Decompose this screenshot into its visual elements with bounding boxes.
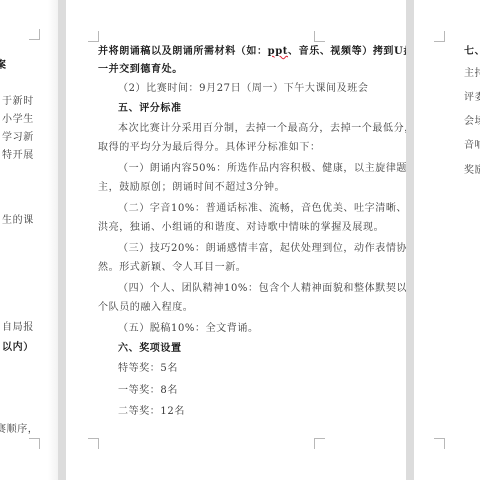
award-line: 二等奖：12名 — [118, 406, 185, 418]
left-page-line: 生的课 — [2, 215, 34, 227]
left-page-line: 学习新 — [2, 132, 34, 144]
left-page-line: 于新时 — [2, 96, 34, 108]
section-heading: 七、 — [464, 46, 480, 58]
paragraph-line: 然。形式新颖、令人耳目一新。 — [98, 262, 246, 274]
paragraph-line: （2）比赛时间：9月27日（周一）下午大课间及班会 — [118, 83, 368, 95]
right-page-line: 评委 — [464, 92, 480, 104]
page-shadow — [48, 0, 58, 480]
right-page-line: 会场 — [464, 116, 480, 128]
left-page-line: 自局报 — [2, 322, 34, 334]
crop-mark-icon — [434, 438, 445, 449]
section-heading: 六、奖项设置 — [118, 343, 182, 355]
center-page[interactable]: 并将朗诵稿以及朗诵所需材料（如：ppt、音乐、视频等）拷到U盘， 一并交到德育处… — [66, 0, 406, 480]
paragraph-line: （二）字音10%：普通话标准、流畅，音色优美、吐字清晰、声音 — [118, 203, 406, 215]
paragraph-line: 并将朗诵稿以及朗诵所需材料（如：ppt、音乐、视频等）拷到U盘， — [98, 46, 406, 58]
right-page-line: 音响 — [464, 140, 480, 152]
paragraph-line: 洪亮，独诵、小组诵的和谐度、对诗歌中情味的掌握及展现。 — [98, 222, 384, 234]
paragraph-text: 、音乐、视频等）拷到U盘， — [288, 46, 406, 57]
page-gutter-right — [406, 0, 414, 480]
document-viewport[interactable]: 案 于新时 小学生 学习新 特开展 生的课 自局报 以内） 赛顺序， 并将朗诵稿… — [0, 0, 480, 480]
paragraph-line: （四）个人、团队精神10%：包含个人精神面貌和整体默契以及各 — [118, 283, 406, 295]
crop-mark-icon — [29, 438, 40, 449]
left-page-line: 小学生 — [2, 114, 34, 126]
paragraph-line: （一）朗诵内容50%：所选作品内容积极、健康，以主旋律题材为 — [118, 163, 406, 175]
left-page-line: 以内） — [2, 342, 34, 354]
spellcheck-flagged-word[interactable]: ppt — [268, 46, 288, 57]
paragraph-line: （三）技巧20%：朗诵感情丰富，起伏处理到位，动作表情协调自 — [118, 243, 406, 255]
crop-mark-icon — [88, 438, 99, 449]
right-page-fragment[interactable]: 七、 主持 评委 会场 音响 奖励 — [414, 0, 480, 480]
paragraph-text: 并将朗诵稿以及朗诵所需材料（如： — [98, 46, 268, 57]
award-line: 特等奖：5名 — [118, 363, 178, 375]
paragraph-line: 一并交到德育处。 — [98, 64, 183, 76]
left-page-line: 赛顺序， — [0, 424, 38, 436]
page-gutter-left — [58, 0, 66, 480]
right-page-line: 奖励 — [464, 165, 480, 177]
paragraph-line: 主，鼓励原创；朗诵时间不超过3分钟。 — [98, 182, 285, 194]
paragraph-line: 本次比赛计分采用百分制，去掉一个最高分，去掉一个最低分， — [118, 123, 406, 135]
award-line: 一等奖：8名 — [118, 385, 178, 397]
section-heading: 五、评分标准 — [118, 103, 182, 115]
crop-mark-icon — [314, 438, 325, 449]
left-page-line: 特开展 — [2, 150, 34, 162]
crop-mark-icon — [88, 31, 99, 42]
paragraph-line: （五）脱稿10%：全文背诵。 — [118, 323, 259, 335]
left-page-heading: 案 — [0, 60, 7, 72]
crop-mark-icon — [314, 31, 325, 42]
crop-mark-icon — [434, 31, 445, 42]
paragraph-line: 取得的平均分为最后得分。具体评分标准如下： — [98, 142, 321, 154]
right-page-line: 主持 — [464, 68, 480, 80]
paragraph-line: 个队员的融入程度。 — [98, 302, 193, 314]
crop-mark-icon — [29, 29, 40, 40]
